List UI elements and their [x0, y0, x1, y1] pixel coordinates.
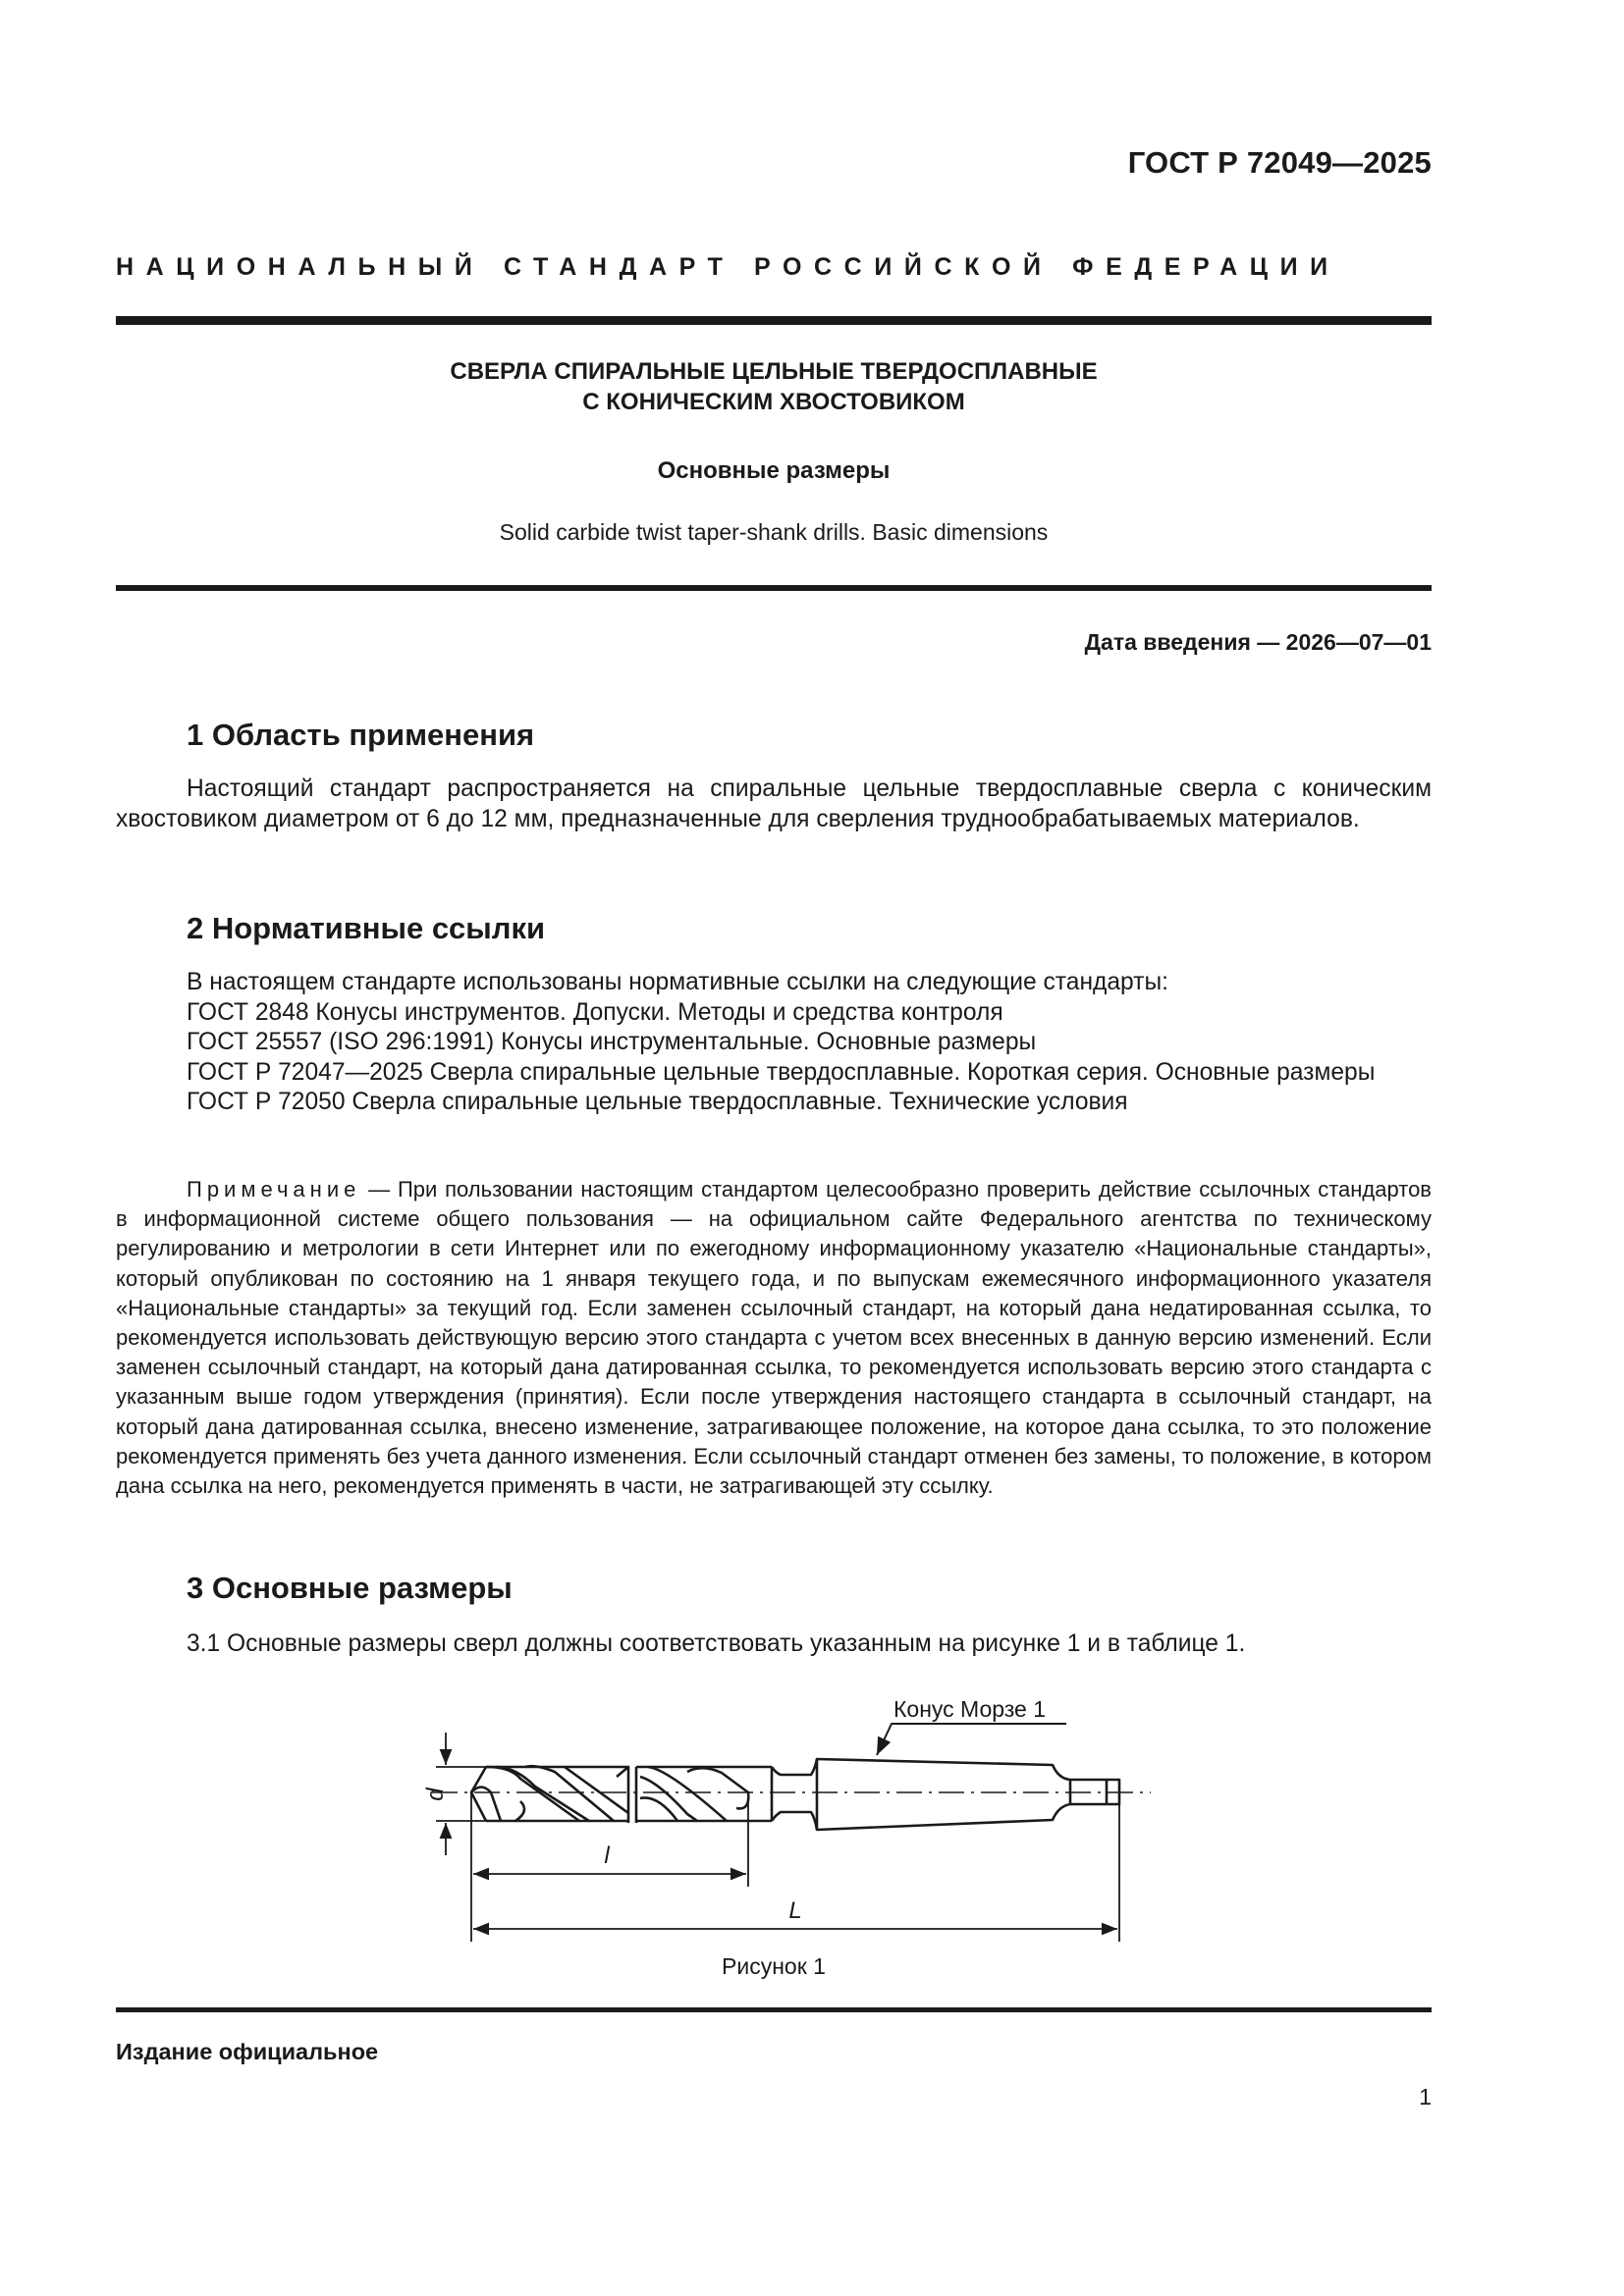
- dim-label-d: d: [422, 1788, 449, 1801]
- figure-caption: Рисунок 1: [116, 1953, 1432, 1980]
- page-number: 1: [1419, 2084, 1432, 2110]
- morse-taper-callout: Конус Морзе 1: [893, 1696, 1046, 1722]
- official-edition-label: Издание официальное: [116, 2039, 378, 2065]
- footer-rule: [116, 2007, 1432, 2012]
- dim-label-L: L: [788, 1897, 801, 1924]
- drill-figure: Конус Морзе 1 d l L: [0, 0, 1624, 2296]
- dim-label-l: l: [604, 1842, 610, 1869]
